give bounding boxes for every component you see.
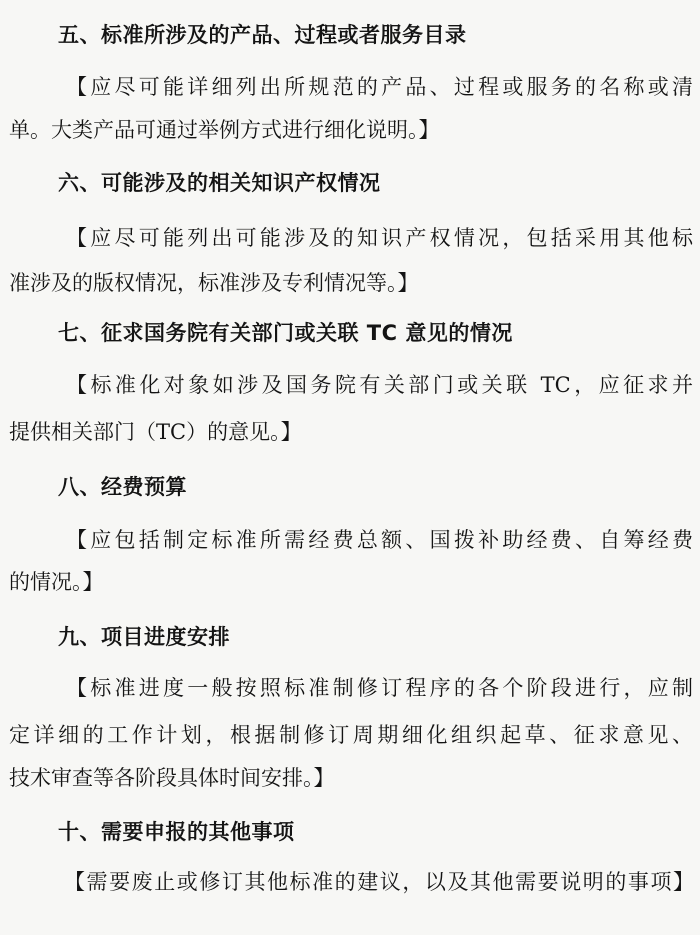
- section-heading-8: 八、经费预算: [58, 474, 187, 500]
- section-9-paragraph-line-1: 【标准进度一般按照标准制修订程序的各个阶段进行，应制: [66, 675, 693, 701]
- section-heading-6: 六、可能涉及的相关知识产权情况: [58, 170, 381, 196]
- section-heading-7: 七、征求国务院有关部门或关联 TC 意见的情况: [58, 320, 513, 346]
- section-heading-9: 九、项目进度安排: [58, 624, 230, 650]
- section-6-paragraph-line-1: 【应尽可能列出可能涉及的知识产权情况，包括采用其他标: [66, 225, 693, 251]
- section-5-paragraph-line-1: 【应尽可能详细列出所规范的产品、过程或服务的名称或清: [66, 74, 693, 100]
- section-7-paragraph-line-2: 提供相关部门（TC）的意见。】: [9, 419, 302, 445]
- section-8-paragraph-line-1: 【应包括制定标准所需经费总额、国拨补助经费、自筹经费: [66, 527, 693, 553]
- section-10-paragraph-line-1: 【需要废止或修订其他标准的建议，以及其他需要说明的事项】: [64, 869, 694, 895]
- section-5-paragraph-line-2: 单。大类产品可通过举例方式进行细化说明。】: [9, 117, 440, 143]
- section-heading-10: 十、需要申报的其他事项: [58, 819, 295, 845]
- section-9-paragraph-line-2: 定详细的工作计划，根据制修订周期细化组织起草、征求意见、: [9, 722, 693, 748]
- section-7-paragraph-line-1: 【标准化对象如涉及国务院有关部门或关联 TC，应征求并: [66, 372, 693, 398]
- section-heading-5: 五、标准所涉及的产品、过程或者服务目录: [58, 22, 467, 48]
- section-6-paragraph-line-2: 准涉及的版权情况，标准涉及专利情况等。】: [9, 270, 419, 296]
- document-page: 五、标准所涉及的产品、过程或者服务目录 【应尽可能详细列出所规范的产品、过程或服…: [0, 0, 700, 935]
- section-8-paragraph-line-2: 的情况。】: [9, 569, 104, 595]
- section-9-paragraph-line-3: 技术审查等各阶段具体时间安排。】: [9, 765, 335, 791]
